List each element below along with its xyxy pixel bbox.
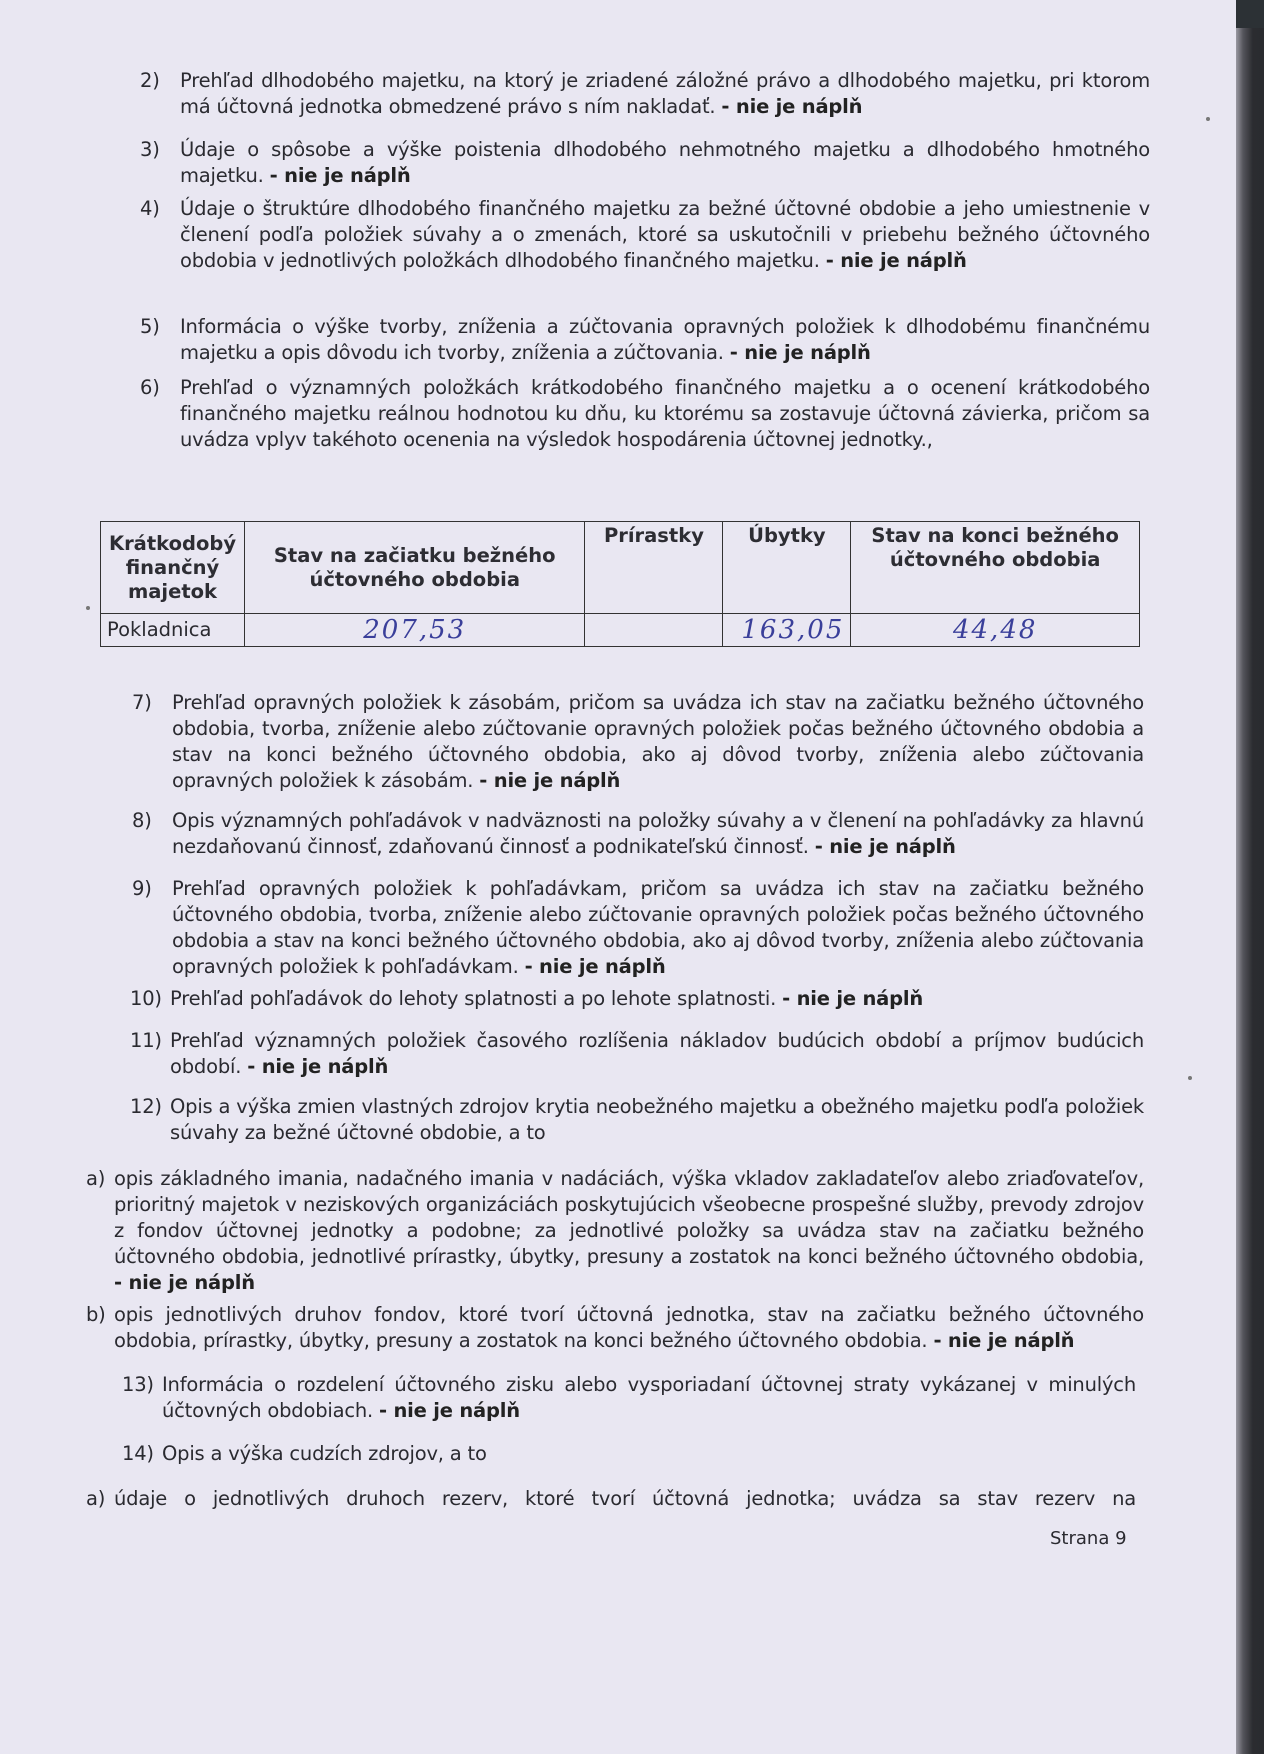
item-number: 5) xyxy=(140,314,160,340)
page-number: Strana 9 xyxy=(1050,1528,1127,1549)
item-number: 7) xyxy=(132,690,152,716)
header-start-balance: Stav na začiatku bežného účtovného obdob… xyxy=(244,522,584,614)
item-status: - nie je náplň xyxy=(730,341,871,364)
list-item: 3) Údaje o spôsobe a výške poistenia dlh… xyxy=(140,137,1150,189)
list-item: 13) Informácia o rozdelení účtovného zis… xyxy=(122,1372,1136,1424)
item-letter: a) xyxy=(86,1166,105,1192)
list-item: 7) Prehľad opravných položiek k zásobám,… xyxy=(132,690,1144,794)
scan-speck xyxy=(1206,117,1210,121)
item-status: - nie je náplň xyxy=(826,249,967,272)
list-subitem: a) opis základného imania, nadačného ima… xyxy=(86,1166,1144,1296)
item-number: 3) xyxy=(140,137,160,163)
item-number: 14) xyxy=(122,1441,154,1467)
header-asset: Krátkodobý finančný majetok xyxy=(101,522,245,614)
scanned-page: 2) Prehľad dlhodobého majetku, na ktorý … xyxy=(0,0,1236,1754)
list-item: 12) Opis a výška zmien vlastných zdrojov… xyxy=(130,1094,1144,1146)
item-text: Informácia o rozdelení účtovného zisku a… xyxy=(162,1373,1136,1422)
table-row: Pokladnica 207,53 163,05 44,48 xyxy=(101,614,1140,647)
cell-item: Pokladnica xyxy=(101,614,245,647)
item-number: 4) xyxy=(140,196,160,222)
item-status: - nie je náplň xyxy=(270,164,411,187)
header-end-balance: Stav na konci bežného účtovného obdobia xyxy=(851,522,1140,614)
item-status: - nie je náplň xyxy=(247,1055,388,1078)
list-item: 10) Prehľad pohľadávok do lehoty splatno… xyxy=(130,986,1144,1012)
item-number: 12) xyxy=(130,1094,162,1120)
item-number: 6) xyxy=(140,375,160,401)
scan-speck xyxy=(1188,1076,1192,1080)
item-status: - nie je náplň xyxy=(782,987,923,1010)
item-number: 2) xyxy=(140,68,160,94)
item-text: Údaje o štruktúre dlhodobého finančného … xyxy=(180,197,1150,272)
item-status: - nie je náplň xyxy=(379,1399,520,1422)
item-number: 11) xyxy=(130,1028,162,1054)
cell-reductions: 163,05 xyxy=(723,614,851,647)
list-subitem: a) údaje o jednotlivých druhoch rezerv, … xyxy=(86,1486,1136,1512)
item-status: - nie je náplň xyxy=(114,1271,255,1294)
item-text: Prehľad opravných položiek k zásobám, pr… xyxy=(172,691,1144,792)
item-letter: a) xyxy=(86,1486,105,1512)
cell-start-balance: 207,53 xyxy=(244,614,584,647)
item-number: 8) xyxy=(132,808,152,834)
header-additions: Prírastky xyxy=(585,522,723,614)
header-reductions: Úbytky xyxy=(723,522,851,614)
item-text: Prehľad pohľadávok do lehoty splatnosti … xyxy=(170,987,776,1010)
item-status: - nie je náplň xyxy=(525,955,666,978)
item-status: - nie je náplň xyxy=(815,835,956,858)
item-text: údaje o jednotlivých druhoch rezerv, kto… xyxy=(114,1487,1136,1510)
item-text: Prehľad o významných položkách krátkodob… xyxy=(180,376,1150,451)
list-item: 2) Prehľad dlhodobého majetku, na ktorý … xyxy=(140,68,1150,120)
item-status: - nie je náplň xyxy=(933,1329,1074,1352)
item-text: Opis významných pohľadávok v nadväznosti… xyxy=(172,809,1144,858)
scanner-shadow xyxy=(1236,0,1264,1754)
item-letter: b) xyxy=(86,1302,106,1328)
item-text: Informácia o výške tvorby, zníženia a zú… xyxy=(180,315,1150,364)
list-item: 5) Informácia o výške tvorby, zníženia a… xyxy=(140,314,1150,366)
item-text: Prehľad dlhodobého majetku, na ktorý je … xyxy=(180,69,1150,118)
item-number: 10) xyxy=(130,986,162,1012)
item-number: 13) xyxy=(122,1372,154,1398)
list-item: 6) Prehľad o významných položkách krátko… xyxy=(140,375,1150,453)
list-item: 4) Údaje o štruktúre dlhodobého finančné… xyxy=(140,196,1150,274)
cell-additions xyxy=(585,614,723,647)
item-text: Opis a výška cudzích zdrojov, a to xyxy=(162,1442,487,1465)
list-item: 8) Opis významných pohľadávok v nadväzno… xyxy=(132,808,1144,860)
list-item: 9) Prehľad opravných položiek k pohľadáv… xyxy=(132,876,1144,980)
list-item: 11) Prehľad významných položiek časového… xyxy=(130,1028,1144,1080)
list-item: 14) Opis a výška cudzích zdrojov, a to xyxy=(122,1441,1136,1467)
cell-end-balance: 44,48 xyxy=(851,614,1140,647)
scanner-shadow-top xyxy=(1236,0,1264,28)
item-status: - nie je náplň xyxy=(479,769,620,792)
list-subitem: b) opis jednotlivých druhov fondov, ktor… xyxy=(86,1302,1144,1354)
item-status: - nie je náplň xyxy=(721,95,862,118)
item-text: Opis a výška zmien vlastných zdrojov kry… xyxy=(170,1095,1144,1144)
scan-speck xyxy=(86,606,90,610)
short-term-financial-assets-table: Krátkodobý finančný majetok Stav na zači… xyxy=(100,521,1140,647)
item-text: opis základného imania, nadačného imania… xyxy=(114,1167,1144,1268)
item-number: 9) xyxy=(132,876,152,902)
